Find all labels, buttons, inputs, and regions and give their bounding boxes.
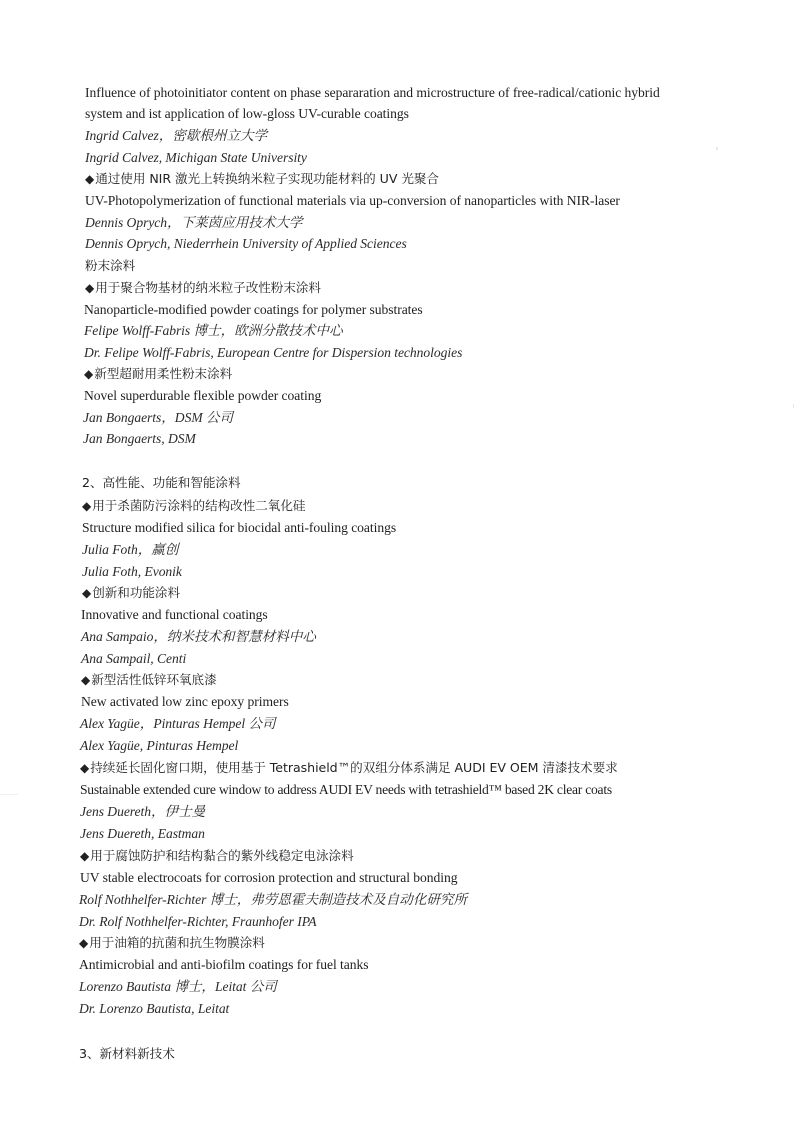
scan-artifact [0,794,18,795]
scan-artifact [793,404,794,408]
talk-title-cn: ◆新型超耐用柔性粉末涂料 [84,365,232,383]
diamond-bullet-icon: ◆ [82,499,91,513]
diamond-bullet-icon: ◆ [80,849,89,863]
speaker-cn: Jan Bongaerts，DSM 公司 [83,409,233,427]
talk-title-en: Antimicrobial and anti-biofilm coatings … [79,956,369,974]
speaker-en: Dr. Rolf Nothhelfer-Richter, Fraunhofer … [79,913,316,931]
talk-title-en: Sustainable extended cure window to addr… [80,781,612,799]
speaker-en: Dr. Lorenzo Bautista, Leitat [79,1000,229,1018]
speaker-cn: Ana Sampaio，纳米技术和智慧材料中心 [81,628,316,646]
speaker-cn: Ingrid Calvez，密歇根州立大学 [85,127,267,145]
talk-title-en: UV stable electrocoats for corrosion pro… [80,869,458,887]
speaker-cn: Alex Yagüe，Pinturas Hempel 公司 [80,715,276,733]
speaker-en: Ingrid Calvez, Michigan State University [85,149,307,167]
section-heading-3: 3、新材料新技术 [79,1045,175,1063]
speaker-cn: Rolf Nothhelfer-Richter 博士，弗劳恩霍夫制造技术及自动化… [79,891,467,909]
diamond-bullet-icon: ◆ [84,367,93,381]
talk-title-cn: ◆用于腐蚀防护和结构黏合的紫外线稳定电泳涂料 [80,847,354,865]
speaker-cn: Julia Foth，赢创 [82,541,178,559]
subsection-heading-powder-coatings: 粉末涂料 [85,257,135,275]
talk-title-cn: ◆创新和功能涂料 [82,584,180,602]
diamond-bullet-icon: ◆ [79,936,88,950]
speaker-cn: Felipe Wolff-Fabris 博士，欧洲分散技术中心 [84,322,342,340]
talk-title-en: Structure modified silica for biocidal a… [82,519,396,537]
diamond-bullet-icon: ◆ [85,172,94,186]
diamond-bullet-icon: ◆ [80,761,89,775]
speaker-cn: Jens Duereth，伊士曼 [80,803,205,821]
speaker-en: Jan Bongaerts, DSM [83,430,196,448]
speaker-en: Dr. Felipe Wolff-Fabris, European Centre… [84,344,462,362]
talk-title-en: Influence of photoinitiator content on p… [85,84,660,102]
talk-title-cn: ◆通过使用 NIR 激光上转换纳米粒子实现功能材料的 UV 光聚合 [85,170,439,188]
talk-title-en: UV-Photopolymerization of functional mat… [85,192,620,210]
talk-title-en: Innovative and functional coatings [81,606,268,624]
section-heading-2: 2、高性能、功能和智能涂料 [82,474,241,492]
speaker-en: Julia Foth, Evonik [82,563,182,581]
speaker-en: Alex Yagüe, Pinturas Hempel [80,737,238,755]
talk-title-en-continued: system and ist application of low-gloss … [85,105,409,123]
talk-title-en: New activated low zinc epoxy primers [81,693,289,711]
scan-artifact [716,147,718,150]
speaker-en: Dennis Oprych, Niederrhein University of… [85,235,407,253]
speaker-cn: Lorenzo Bautista 博士，Leitat 公司 [79,978,277,996]
talk-title-cn: ◆用于聚合物基材的纳米粒子改性粉末涂料 [85,279,321,297]
talk-title-cn: ◆持续延长固化窗口期，使用基于 Tetrashield™的双组分体系满足 AUD… [80,759,618,777]
talk-title-en: Nanoparticle-modified powder coatings fo… [84,301,423,319]
talk-title-cn: ◆用于杀菌防污涂料的结构改性二氧化硅 [82,497,305,515]
speaker-cn: Dennis Oprych，下莱茵应用技术大学 [85,214,302,232]
diamond-bullet-icon: ◆ [82,586,91,600]
diamond-bullet-icon: ◆ [81,673,90,687]
talk-title-cn: ◆新型活性低锌环氧底漆 [81,671,217,689]
scanned-document-page: Influence of photoinitiator content on p… [0,0,800,1131]
talk-title-cn: ◆用于油箱的抗菌和抗生物膜涂料 [79,934,265,952]
talk-title-en: Novel superdurable flexible powder coati… [84,387,321,405]
speaker-en: Ana Sampail, Centi [81,650,186,668]
diamond-bullet-icon: ◆ [85,281,94,295]
speaker-en: Jens Duereth, Eastman [80,825,205,843]
